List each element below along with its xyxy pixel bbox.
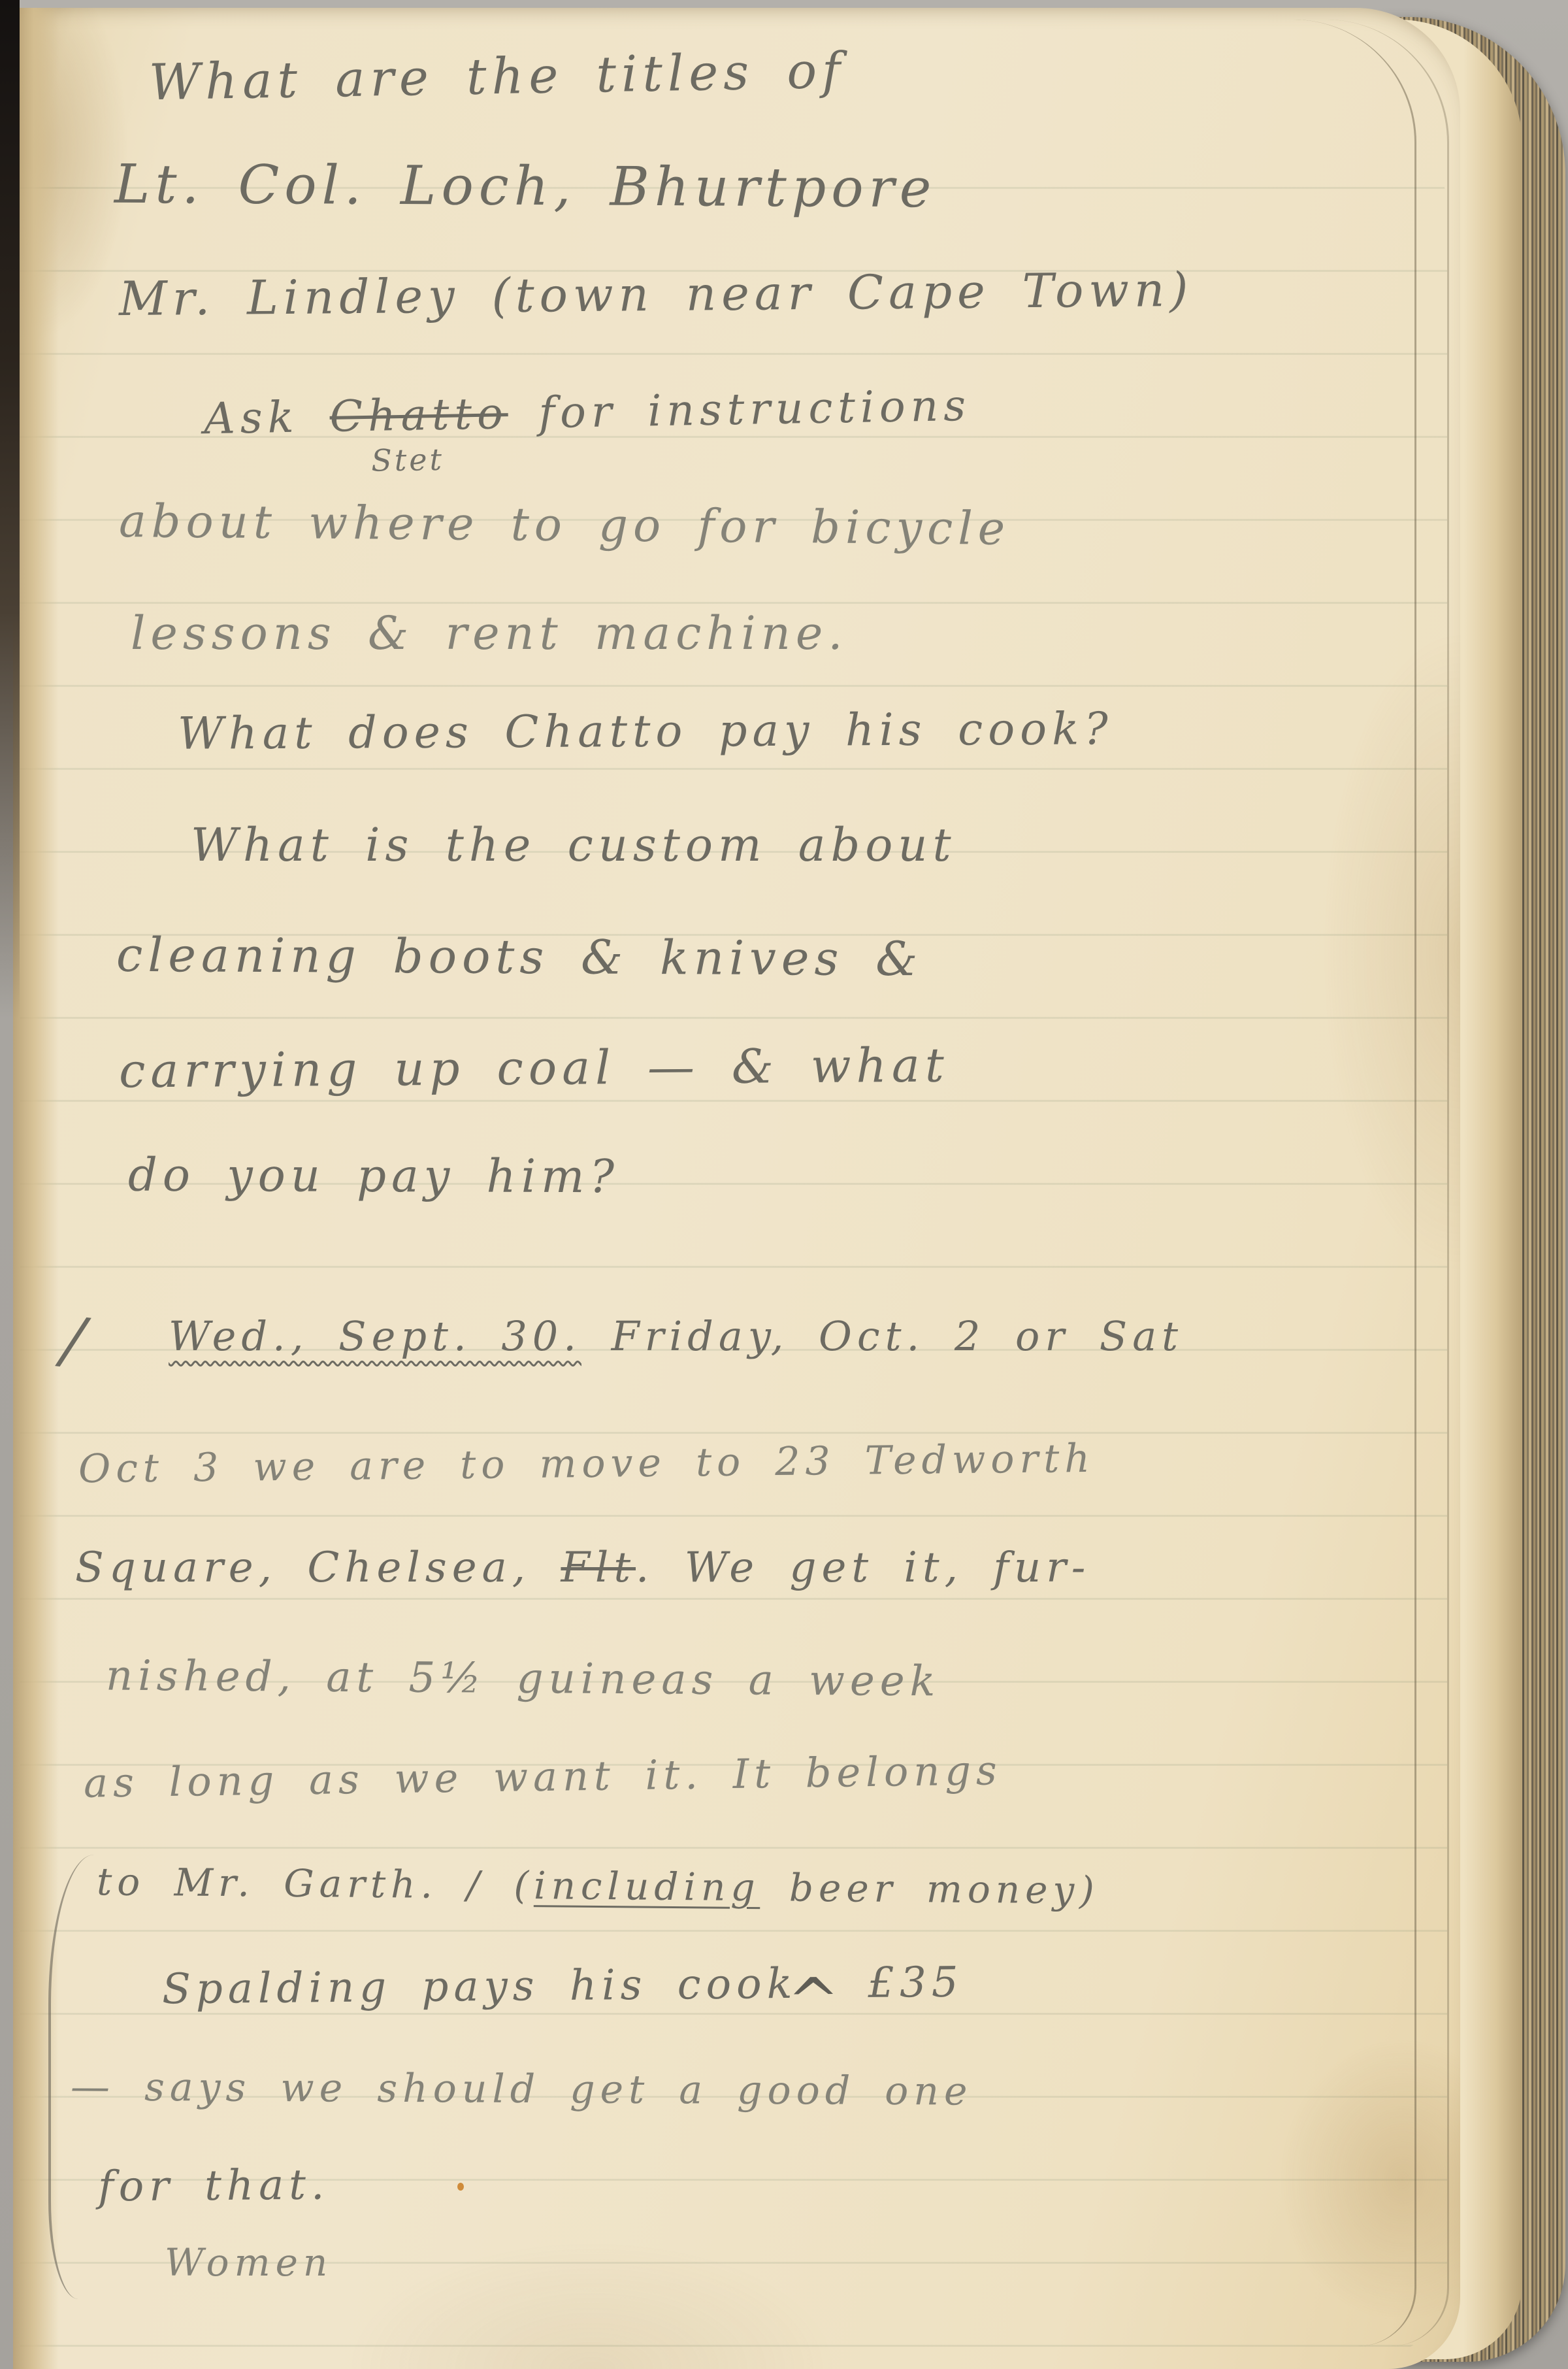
margin-brace [48,1855,97,2299]
handwritten-line: Wed., Sept. 30. Friday, Oct. 2 or Sat [169,1312,1183,1360]
handwritten-line: cleaning boots & knives & [116,927,923,986]
line-text: nished, at 5½ guineas a week [106,1652,941,1706]
handwritten-line: for that. [98,2161,330,2211]
handwritten-line: lessons & rent machine. [131,606,848,660]
struck-word: Chatto [329,388,508,442]
line-text: as long as we want it. It belongs [84,1746,1003,1807]
line-text: £35 [838,1959,964,2008]
line-text: Spalding pays his cook [162,1960,798,2013]
line-text: Women [165,2240,333,2285]
line-text: Square, Chelsea, [75,1544,561,1592]
line-text: — says we should get a good one [71,2064,973,2114]
stet-annotation: Stet [371,442,445,478]
line-text: for instructions [508,380,972,439]
line-text: for that. [98,2161,330,2211]
handwritten-line: to Mr. Garth. / (including beer money) [97,1859,1100,1912]
handwritten-line: What is the custom about [191,818,956,872]
insertion-caret: ^ [787,1966,848,2039]
handwritten-line: Oct 3 we are to move to 23 Tedworth [78,1436,1096,1492]
line-text: Friday, Oct. 2 or Sat [581,1312,1183,1360]
handwritten-line: — says we should get a good one [71,2064,973,2114]
line-text: do you pay him? [128,1148,619,1204]
line-text: beer money) [760,1865,1100,1913]
handwritten-line: What does Chatto pay his cook? [178,703,1113,759]
line-text: What are the titles of [148,41,846,112]
line-text: lessons & rent machine. [131,606,848,660]
line-text: cleaning boots & knives & [116,927,923,986]
line-text: What does Chatto pay his cook? [178,703,1113,759]
handwritten-line: Ask Chatto for instructionsStet [203,380,971,444]
line-text: Mr. Lindley (town near Cape Town) [119,262,1194,326]
handwritten-line: carrying up coal — & what [119,1038,949,1099]
line-text: carrying up coal — & what [119,1038,949,1099]
notebook-photo: { "page": { "description": "Handwritten … [0,0,1568,2369]
line-text: Ask [203,391,330,444]
handwritten-line: do you pay him? [128,1148,619,1204]
underlined-word: including [534,1863,760,1910]
struck-word: Flt [561,1544,636,1592]
handwritten-line: Square, Chelsea, Flt. We get it, fur- [75,1544,1090,1592]
handwritten-text-block: What are the titles of Lt. Col. Loch, Bh… [0,0,1568,2369]
handwritten-line: Women [165,2240,333,2285]
line-text: What is the custom about [191,818,956,872]
handwritten-line: about where to go for bicycle [119,494,1011,555]
handwritten-line: Spalding pays his cook^ £35 [162,1959,964,2014]
line-text: to Mr. Garth. / ( [97,1859,534,1908]
handwritten-line: Mr. Lindley (town near Cape Town) [119,262,1194,326]
underlined-date: Wed., Sept. 30. [169,1312,581,1360]
handwritten-line: What are the titles of [148,41,846,112]
line-text: . We get it, fur- [636,1544,1090,1592]
handwritten-line: nished, at 5½ guineas a week [106,1652,941,1706]
line-text: about where to go for bicycle [119,494,1011,555]
handwritten-line: as long as we want it. It belongs [84,1746,1003,1807]
line-text: Lt. Col. Loch, Bhurtpore [114,154,937,220]
line-text: Oct 3 we are to move to 23 Tedworth [78,1436,1096,1492]
handwritten-line: Lt. Col. Loch, Bhurtpore [114,154,937,220]
